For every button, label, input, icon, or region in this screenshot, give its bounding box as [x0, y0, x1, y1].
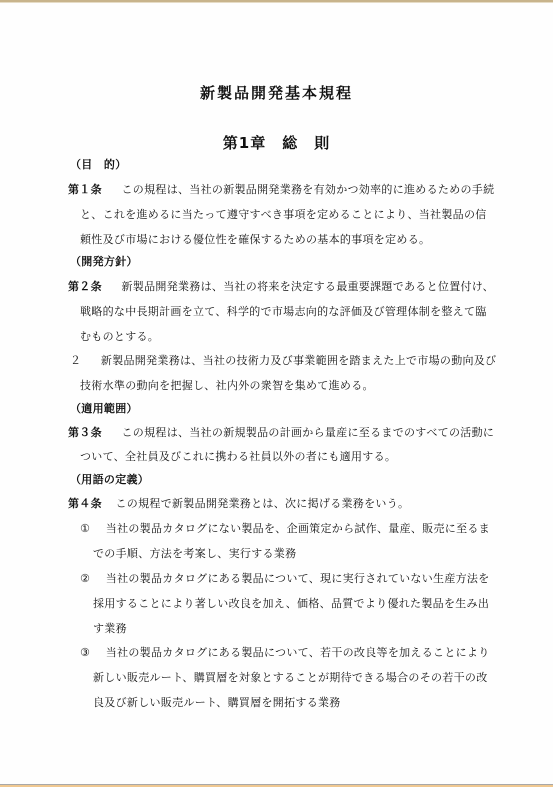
item-1-line-1: ① 当社の製品カタログにない製品を、企画策定から試作、量産、販売に至るま — [80, 520, 490, 536]
section-heading-definitions: （用語の定義） — [70, 471, 149, 487]
article-1-line-1: 第１条 この規程は、当社の新製品開発業務を有効かつ効率的に進めるための手続 — [68, 181, 494, 197]
chapter-heading: 第1章 総 則 — [0, 132, 553, 153]
document-title: 新製品開発基本規程 — [0, 82, 553, 103]
item-3-text-1: 当社の製品カタログにある製品について、若干の改良等を加えることにより — [106, 646, 490, 659]
item-2-line-1: ② 当社の製品カタログにある製品について、現に実行されていない生産方法を — [80, 570, 490, 586]
page-top-border-inner — [0, 2, 553, 3]
item-1-text-1: 当社の製品カタログにない製品を、企画策定から試作、量産、販売に至るま — [106, 522, 490, 535]
article-4-text-1: この規程で新製品開発業務とは、次に掲げる業務をいう。 — [116, 497, 410, 510]
item-2-text-1: 当社の製品カタログにある製品について、現に実行されていない生産方法を — [106, 572, 490, 585]
article-3-line-1: 第３条 この規程は、当社の新規製品の計画から量産に至るまでのすべての活動に — [68, 424, 494, 440]
section-heading-scope: （適用範囲） — [70, 400, 138, 416]
item-2-line-3: す業務 — [93, 620, 127, 636]
article-1-label: 第１条 — [68, 183, 102, 196]
article-4-line-1: 第４条 この規程で新製品開発業務とは、次に掲げる業務をいう。 — [68, 495, 409, 511]
section-heading-purpose: （目 的） — [70, 156, 127, 172]
section-heading-policy: （開発方針） — [70, 253, 138, 269]
item-2-line-2: 採用することにより著しい改良を加え、価格、品質でより優れた製品を生み出 — [93, 595, 489, 611]
article-2-line-2: 戦略的な中長期計画を立て、科学的で市場志向的な評価及び管理体制を整えて臨 — [80, 303, 487, 319]
article-2-line-1: 第２条 新製品開発業務は、当社の将来を決定する最重要課題であると位置付け、 — [68, 278, 494, 294]
article-1-text-1: この規程は、当社の新製品開発業務を有効かつ効率的に進めるための手続 — [122, 183, 495, 196]
article-2-para-2-text-1: 新製品開発業務は、当社の技術力及び事業範囲を踏まえた上で市場の動向及び — [101, 354, 497, 367]
article-1-line-3: 頼性及び市場における優位性を確保するための基本的事項を定める。 — [80, 231, 430, 247]
article-4-label: 第４条 — [68, 497, 102, 510]
article-2-para-2-line-1: ２ 新製品開発業務は、当社の技術力及び事業範囲を踏まえた上で市場の動向及び — [70, 352, 496, 368]
item-3-line-1: ③ 当社の製品カタログにある製品について、若干の改良等を加えることにより — [80, 644, 490, 660]
item-3-line-2: 新しい販売ルート、購買層を対象とすることが期待できる場合のその若干の改 — [93, 669, 488, 685]
article-2-para-2-line-2: 技術水準の動向を把握し、社内外の衆智を集めて進める。 — [80, 377, 374, 393]
article-2-text-1: 新製品開発業務は、当社の将来を決定する最重要課題であると位置付け、 — [122, 280, 494, 293]
item-1-label: ① — [80, 522, 90, 535]
article-3-line-2: ついて、全社員及びこれに携わる社員以外の者にも適用する。 — [80, 448, 396, 464]
item-3-label: ③ — [80, 646, 90, 659]
article-3-text-1: この規程は、当社の新規製品の計画から量産に至るまでのすべての活動に — [122, 426, 495, 439]
article-2-label: 第２条 — [68, 280, 102, 293]
item-2-label: ② — [80, 572, 90, 585]
article-1-line-2: と、これを進めるに当たって遵守すべき事項を定めることにより、当社製品の信 — [80, 206, 487, 222]
item-3-line-3: 良及び新しい販売ルート、購買層を開拓する業務 — [93, 694, 341, 710]
article-3-label: 第３条 — [68, 426, 102, 439]
item-1-line-2: での手順、方法を考案し、実行する業務 — [93, 545, 296, 561]
paragraph-2-label: ２ — [70, 354, 81, 367]
article-2-line-3: むものとする。 — [80, 328, 159, 344]
